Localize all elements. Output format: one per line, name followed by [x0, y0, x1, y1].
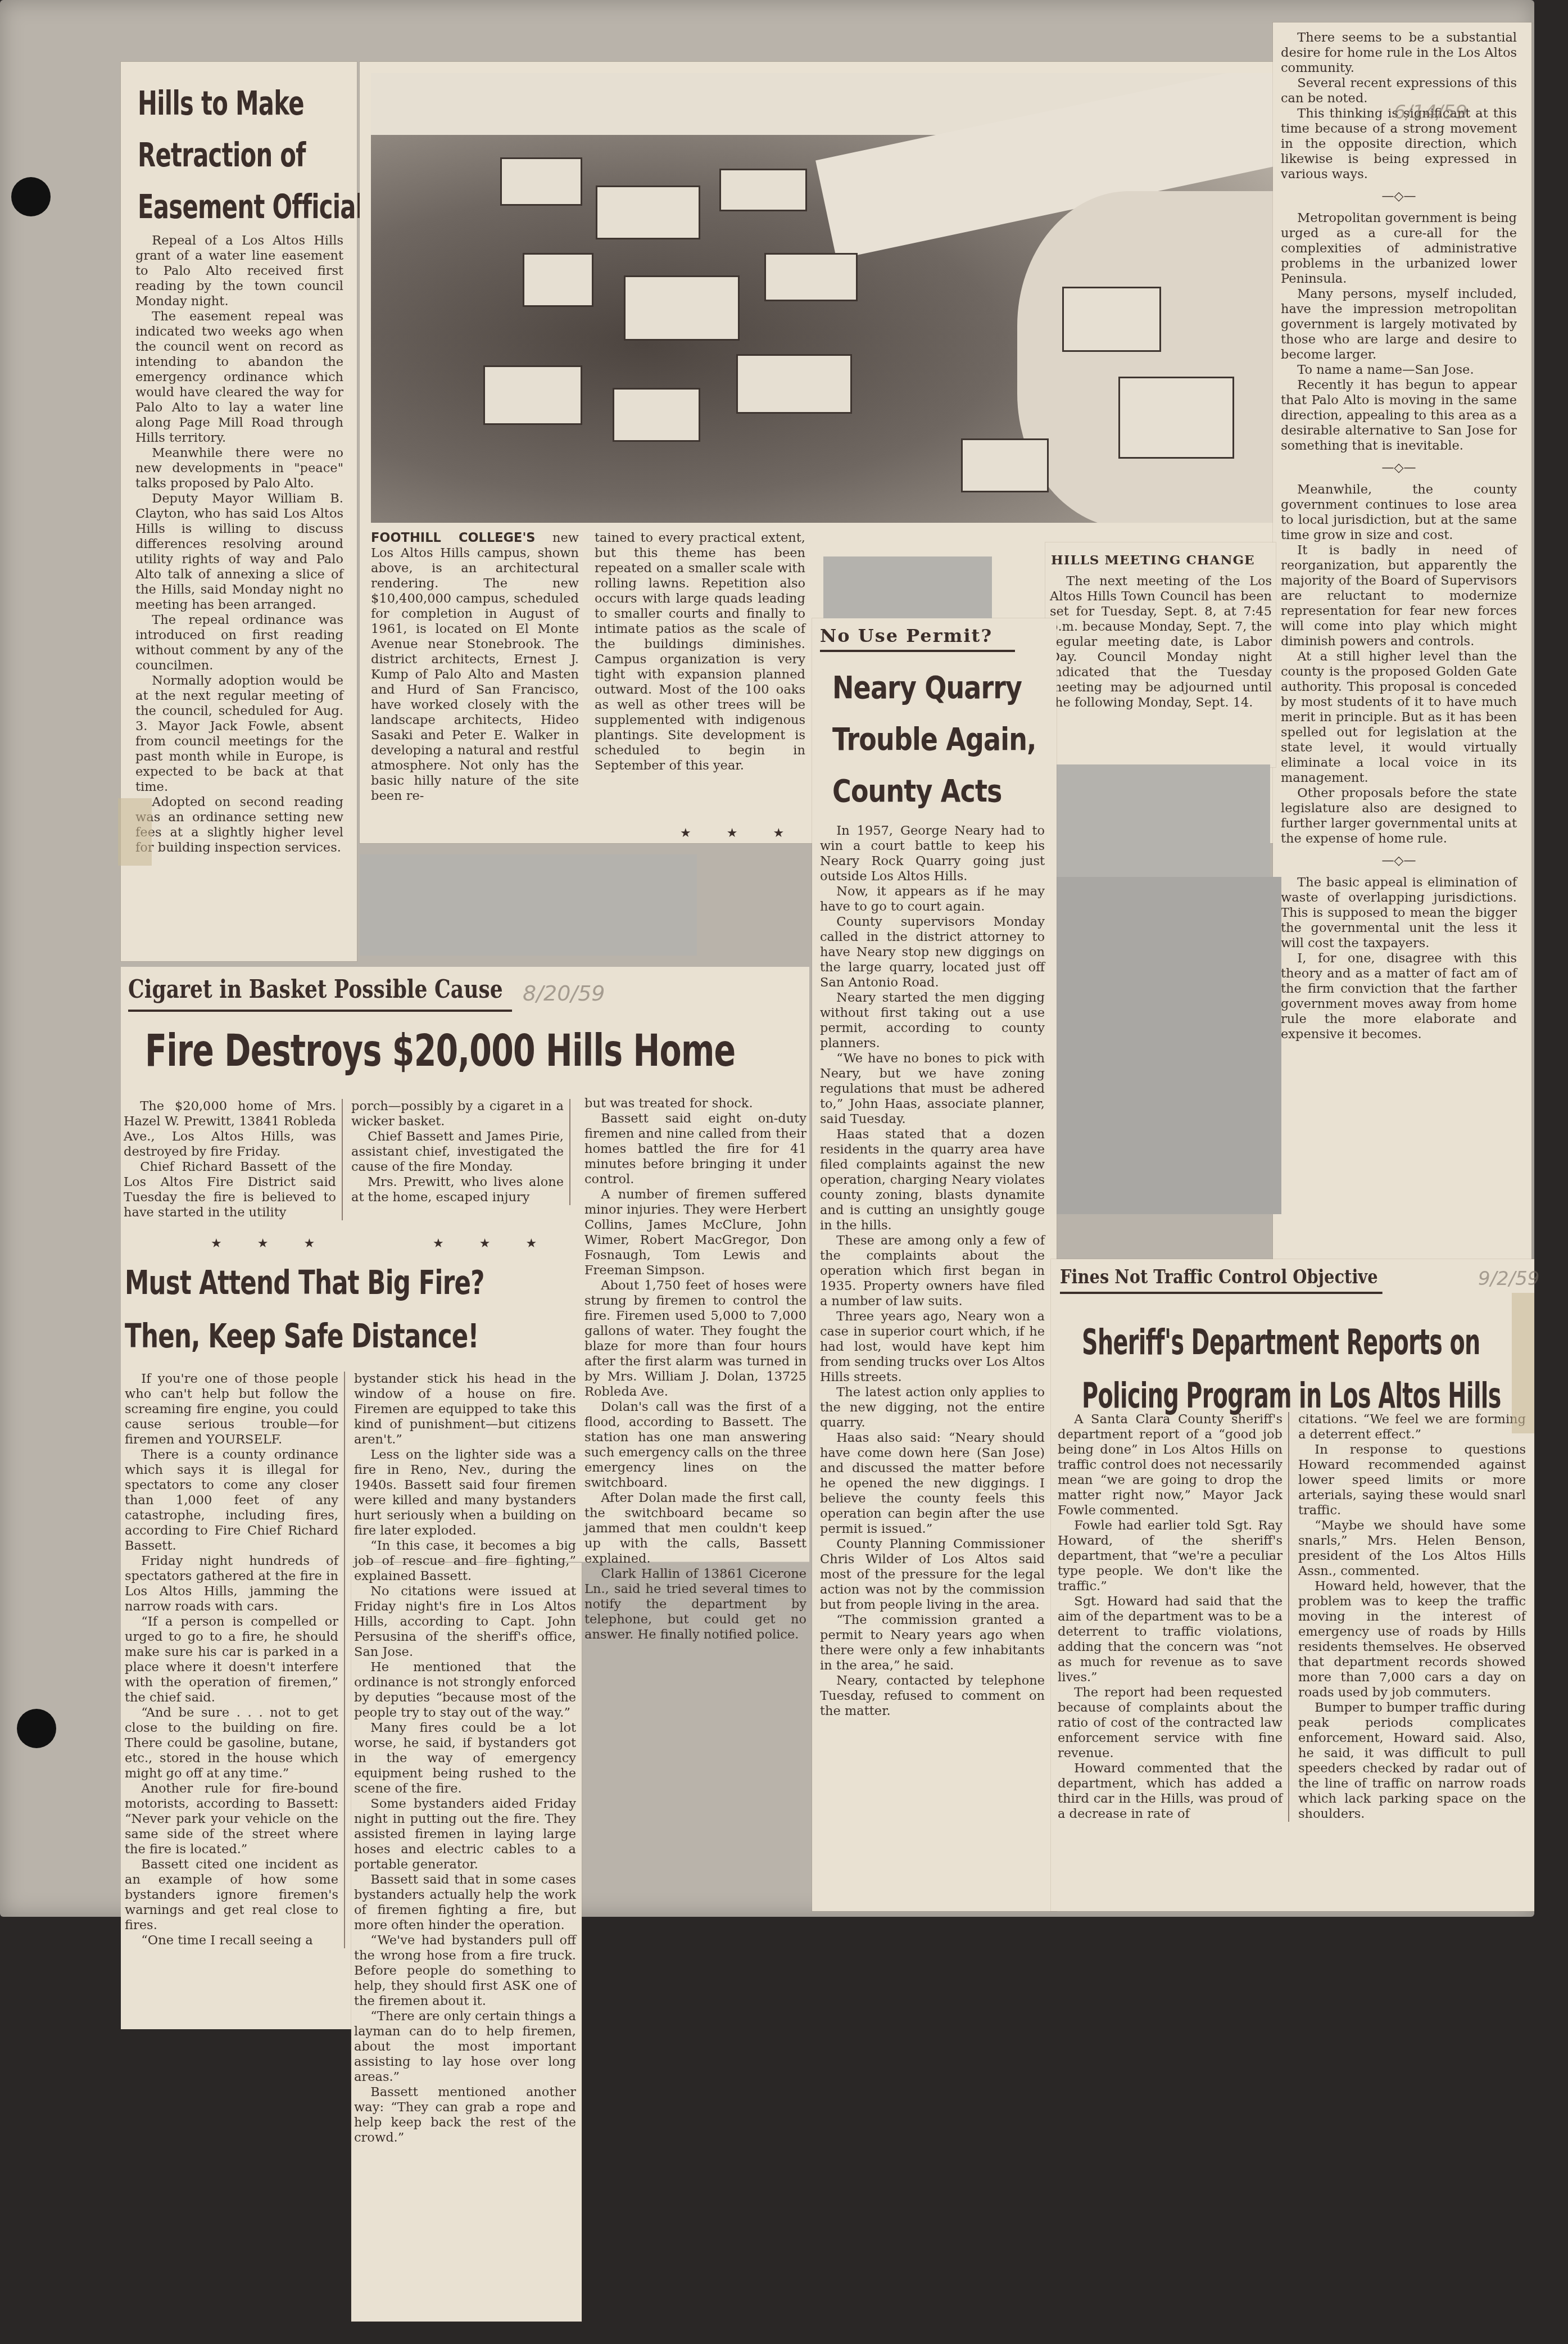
separator: —◇—: [1281, 189, 1517, 204]
headline-line: Neary Quarry: [832, 662, 1044, 714]
caption-lead: FOOTHILL COLLEGE'S: [371, 531, 536, 545]
paragraph: Friday night hundreds of spectators gath…: [125, 1554, 338, 1614]
paragraph: Fowle had earlier told Sgt. Ray Howard, …: [1058, 1518, 1283, 1594]
paragraph: “There are only certain things a layman …: [354, 2009, 576, 2085]
meeting-text: The next meeting of the Los Altos Hills …: [1050, 574, 1272, 711]
paragraph: Less on the lighter side was a fire in R…: [354, 1447, 576, 1538]
tape-patch: [360, 854, 697, 956]
column-body: There seems to be a substantial desire f…: [1281, 30, 1517, 1042]
safe-distance-headline: Must Attend That Big Fire? Then, Keep Sa…: [125, 1256, 588, 1363]
paragraph: Sgt. Howard had said that the aim of the…: [1058, 1594, 1283, 1685]
paragraph: Howard commented that the department, wh…: [1058, 1761, 1283, 1822]
paragraph: Three years ago, Neary won a case in sup…: [820, 1309, 1045, 1385]
paragraph: Metropolitan government is being urged a…: [1281, 211, 1517, 287]
paragraph: “And be sure . . . not to get close to t…: [125, 1705, 338, 1781]
paragraph: Many persons, myself included, have the …: [1281, 287, 1517, 363]
caption-text: new Los Altos Hills campus, shown above,…: [371, 531, 579, 803]
tape-strip: [118, 798, 152, 866]
quarry-body: In 1957, George Neary had to win a court…: [820, 823, 1045, 1719]
handwritten-date: 9/2/59: [1478, 1268, 1539, 1290]
separator: —◇—: [1281, 460, 1517, 476]
safe-distance-col1: If you're one of those people who can't …: [125, 1372, 345, 1948]
paragraph: Now, it appears as if he may have to go …: [820, 884, 1045, 915]
fire-col3: but was treated for shock.Bassett said e…: [584, 1096, 806, 1642]
paragraph: “Maybe we should have some snarls,” Mrs.…: [1298, 1518, 1526, 1579]
clipping-neary-quarry: No Use Permit? Neary Quarry Trouble Agai…: [812, 618, 1057, 1911]
paragraph: Neary, contacted by telephone Tuesday, r…: [820, 1673, 1045, 1719]
foothill-campus-rendering: [371, 73, 1276, 523]
separator: —◇—: [1281, 853, 1517, 868]
separator-stars: ★ ★ ★: [211, 1237, 330, 1251]
paragraph: bystander stick his head in the window o…: [354, 1372, 576, 1447]
headline-line: Sheriff's Department Reports on: [1082, 1315, 1531, 1369]
paragraph: After Dolan made the first call, the swi…: [584, 1491, 806, 1567]
paragraph: Mrs. Prewitt, who lives alone at the hom…: [351, 1175, 564, 1205]
paragraph: Chief Richard Bassett of the Los Altos F…: [124, 1160, 336, 1220]
foothill-caption-col1: FOOTHILL COLLEGE'S new Los Altos Hills c…: [371, 531, 579, 804]
paragraph: Recently it has begun to appear that Pal…: [1281, 378, 1517, 454]
paragraph: Adopted on second reading was an ordinan…: [135, 795, 343, 856]
paragraph: Chief Bassett and James Pirie, assistant…: [351, 1129, 564, 1175]
paragraph: A Santa Clara County sheriff's departmen…: [1058, 1412, 1283, 1518]
paragraph: but was treated for shock.: [584, 1096, 806, 1111]
sheriff-headline: Sheriff's Department Reports on Policing…: [1082, 1315, 1531, 1422]
paragraph: “One time I recall seeing a: [125, 1933, 338, 1948]
paragraph: No citations were issued at Friday night…: [354, 1584, 576, 1660]
paragraph: In 1957, George Neary had to win a court…: [820, 823, 1045, 884]
paragraph: County supervisors Monday called in the …: [820, 915, 1045, 990]
fire-headline: Fire Destroys $20,000 Hills Home: [145, 1023, 801, 1079]
paragraph: There seems to be a substantial desire f…: [1281, 30, 1517, 76]
paragraph: Bumper to bumper traffic during peak per…: [1298, 1700, 1526, 1822]
paragraph: He mentioned that the ordinance is not s…: [354, 1660, 576, 1721]
paragraph: Normally adoption would be at the next r…: [135, 673, 343, 795]
paragraph: County Planning Commissioner Chris Wilde…: [820, 1537, 1045, 1613]
paragraph: Howard held, however, that the problem w…: [1298, 1579, 1526, 1700]
paragraph: At a still higher level than the county …: [1281, 649, 1517, 786]
paragraph: Some bystanders aided Friday night in pu…: [354, 1797, 576, 1872]
fire-col2: porch—possibly by a cigaret in a wicker …: [351, 1099, 570, 1205]
paragraph: About 1,750 feet of hoses were strung by…: [584, 1278, 806, 1400]
separator-stars: ★ ★ ★: [680, 826, 800, 840]
paragraph: It is badly in need of reorganization, b…: [1281, 543, 1517, 649]
quarry-kicker: No Use Permit?: [820, 625, 1015, 652]
paragraph: Bassett said that in some cases bystande…: [354, 1872, 576, 1933]
headline-line: Then, Keep Safe Distance!: [125, 1310, 588, 1363]
paragraph: The repeal ordinance was introduced on f…: [135, 613, 343, 673]
handwritten-date: 6/14/59: [1394, 101, 1467, 124]
sheriff-col2: citations. “We feel we are forming a det…: [1298, 1412, 1526, 1822]
paragraph: Many fires could be a lot worse, he said…: [354, 1721, 576, 1797]
paragraph: “If a person is compelled or urged to go…: [125, 1614, 338, 1705]
separator-stars: ★ ★ ★: [433, 1237, 552, 1251]
tape-patch: [1057, 877, 1281, 1214]
paragraph: The easement repeal was indicated two we…: [135, 309, 343, 446]
binder-hole-top: [11, 177, 51, 216]
paragraph: To name a name—San Jose.: [1281, 363, 1517, 378]
easement-headline: Hills to Make Retraction of Easement Off…: [138, 78, 364, 233]
paragraph: Meanwhile, the county government continu…: [1281, 482, 1517, 543]
paragraph: Clark Hallin of 13861 Cicerone Ln., said…: [584, 1567, 806, 1642]
paragraph: citations. “We feel we are forming a det…: [1298, 1412, 1526, 1442]
paragraph: Neary started the men digging without fi…: [820, 990, 1045, 1051]
paragraph: “In this case, it becomes a big job of r…: [354, 1538, 576, 1584]
binder-hole-bottom: [17, 1709, 56, 1748]
paragraph: porch—possibly by a cigaret in a wicker …: [351, 1099, 564, 1129]
paragraph: Repeal of a Los Altos Hills grant of a w…: [135, 233, 343, 309]
paragraph: Other proposals before the state legisla…: [1281, 786, 1517, 847]
paragraph: Bassett mentioned another way: “They can…: [354, 2085, 576, 2146]
paragraph: “We have no bones to pick with Neary, bu…: [820, 1051, 1045, 1127]
headline-line: Must Attend That Big Fire?: [125, 1256, 588, 1310]
paragraph: Bassett cited one incident as an example…: [125, 1857, 338, 1933]
handwritten-date: 8/20/59: [523, 981, 605, 1006]
clipping-sheriff: Fines Not Traffic Control Objective Sher…: [1051, 1259, 1534, 1911]
fire-col1: The $20,000 home of Mrs. Hazel W. Prewit…: [124, 1099, 343, 1220]
caption-text: tained to every practical extent, but th…: [595, 531, 805, 773]
sheriff-col1: A Santa Clara County sheriff's departmen…: [1058, 1412, 1289, 1822]
paragraph: Meanwhile there were no new developments…: [135, 446, 343, 491]
clipping-easement: Hills to Make Retraction of Easement Off…: [121, 62, 357, 961]
paragraph: Dolan's call was the first of a flood, a…: [584, 1400, 806, 1491]
tape-patch: [1045, 764, 1270, 888]
meeting-headline: HILLS MEETING CHANGE: [1051, 553, 1255, 568]
clipping-home-rule-column: There seems to be a substantial desire f…: [1273, 22, 1531, 1315]
paragraph: “The commission granted a permit to Near…: [820, 1613, 1045, 1673]
paragraph: These are among only a few of the compla…: [820, 1233, 1045, 1309]
paragraph: I, for one, disagree with this theory an…: [1281, 951, 1517, 1042]
paragraph: Deputy Mayor William B. Clayton, who has…: [135, 491, 343, 613]
paragraph: The latest action only applies to the ne…: [820, 1385, 1045, 1431]
paragraph: “We've had bystanders pull off the wrong…: [354, 1933, 576, 2009]
tape-patch: [823, 556, 992, 618]
paragraph: Another rule for fire-bound motorists, a…: [125, 1781, 338, 1857]
safe-distance-col2: bystander stick his head in the window o…: [354, 1372, 576, 2146]
paragraph: There is a county ordinance which says i…: [125, 1447, 338, 1554]
clipping-meeting-change: HILLS MEETING CHANGE The next meeting of…: [1045, 542, 1276, 767]
paragraph: The $20,000 home of Mrs. Hazel W. Prewit…: [124, 1099, 336, 1160]
headline-line: Easement Official: [138, 181, 364, 233]
quarry-headline: Neary Quarry Trouble Again, County Acts: [832, 662, 1044, 817]
foothill-caption-col2: tained to every practical extent, but th…: [595, 531, 805, 773]
headline-line: Retraction of: [138, 129, 364, 181]
sheriff-kicker: Fines Not Traffic Control Objective: [1060, 1266, 1383, 1294]
paragraph: Haas also said: “Neary should have come …: [820, 1431, 1045, 1537]
meeting-body: The next meeting of the Los Altos Hills …: [1050, 574, 1272, 711]
paragraph: In response to questions Howard recommen…: [1298, 1442, 1526, 1518]
paragraph: The basic appeal is elimination of waste…: [1281, 875, 1517, 951]
paragraph: A number of firemen suffered minor injur…: [584, 1187, 806, 1278]
easement-body: Repeal of a Los Altos Hills grant of a w…: [135, 233, 343, 856]
paragraph: If you're one of those people who can't …: [125, 1372, 338, 1447]
headline-line: Hills to Make: [138, 78, 364, 129]
tape-strip: [1512, 1293, 1534, 1433]
paragraph: The report had been requested because of…: [1058, 1685, 1283, 1761]
paragraph: Bassett said eight on-duty firemen and n…: [584, 1111, 806, 1187]
headline-line: County Acts: [832, 766, 1044, 817]
headline-line: Trouble Again,: [832, 714, 1044, 766]
paragraph: Haas stated that a dozen residents in th…: [820, 1127, 1045, 1233]
fire-kicker: Cigaret in Basket Possible Cause: [128, 975, 512, 1012]
